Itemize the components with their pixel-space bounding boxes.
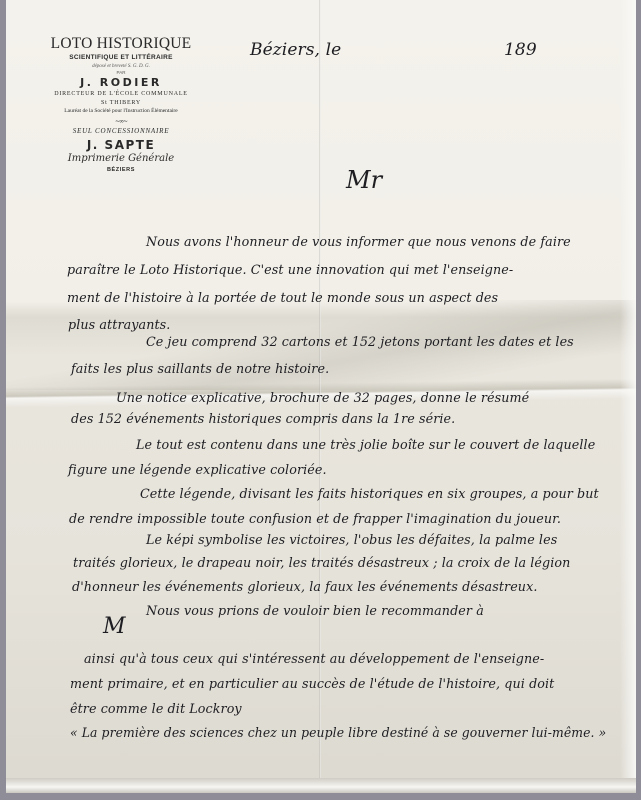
body-line: des 152 événements historiques compris d… <box>71 411 455 426</box>
body-line: ment de l'histoire à la portée de tout l… <box>67 290 498 305</box>
body-line: traités glorieux, le drapeau noir, les t… <box>73 555 570 570</box>
body-line: de rendre impossible toute confusion et … <box>69 511 561 526</box>
letterhead-title: LOTO HISTORIQUE <box>26 36 216 52</box>
letterhead-subtitle: SCIENTIFIQUE ET LITTÉRAIRE <box>26 55 216 62</box>
letterhead-patent: déposé et breveté S. G. D. G. <box>26 64 216 69</box>
letterhead-concession-label: SEUL CONCESSIONNAIRE <box>26 128 216 135</box>
body-line: paraître le Loto Historique. C'est une i… <box>67 262 513 277</box>
letterhead: LOTO HISTORIQUE SCIENTIFIQUE ET LITTÉRAI… <box>26 36 216 174</box>
body-line: Le képi symbolise les victoires, l'obus … <box>146 532 557 547</box>
body-line: « La première des sciences chez un peupl… <box>70 725 606 740</box>
body-line: Le tout est contenu dans une très jolie … <box>136 437 595 452</box>
letterhead-by: PAR <box>26 71 216 76</box>
body-line: Une notice explicative, brochure de 32 p… <box>116 390 529 405</box>
body-line: ment primaire, et en particulier au succ… <box>70 676 554 691</box>
letterhead-author-role: DIRECTEUR DE L'ÉCOLE COMMUNALE <box>26 91 216 97</box>
body-line: faits les plus saillants de notre histoi… <box>71 361 329 376</box>
letterhead-printer-city: BÉZIERS <box>26 168 216 174</box>
paper-right-edge <box>620 0 636 793</box>
salutation: Mr <box>346 166 382 194</box>
body-line: Nous vous prions de vouloir bien le reco… <box>146 603 484 618</box>
letterhead-author: J. RODIER <box>26 77 216 88</box>
recipient-blank: M <box>103 614 126 639</box>
body-line: d'honneur les événements glorieux, la fa… <box>72 579 537 594</box>
letter-sheet: LOTO HISTORIQUE SCIENTIFIQUE ET LITTÉRAI… <box>6 0 636 793</box>
dateline-year: 189 <box>504 40 537 60</box>
dateline-place: Béziers, le <box>250 40 341 60</box>
ornament-divider-icon: ~∞~ <box>26 119 216 125</box>
body-line: plus attrayants. <box>68 317 170 332</box>
letterhead-printer: J. SAPTE <box>26 139 216 151</box>
body-line: figure une légende explicative coloriée. <box>68 462 327 477</box>
letterhead-author-award: Lauréat de la Société pour l'Instruction… <box>26 109 216 115</box>
letterhead-author-place: St THIBERY <box>26 100 216 106</box>
letterhead-printer-business: Imprimerie Générale <box>26 154 216 164</box>
paper-bottom-edge <box>6 778 636 793</box>
body-line: ainsi qu'à tous ceux qui s'intéressent a… <box>84 651 544 666</box>
body-line: Ce jeu comprend 32 cartons et 152 jetons… <box>146 334 574 349</box>
body-line: être comme le dit Lockroy <box>70 701 242 716</box>
body-line: Cette légende, divisant les faits histor… <box>140 486 599 501</box>
body-line: Nous avons l'honneur de vous informer qu… <box>146 234 571 249</box>
